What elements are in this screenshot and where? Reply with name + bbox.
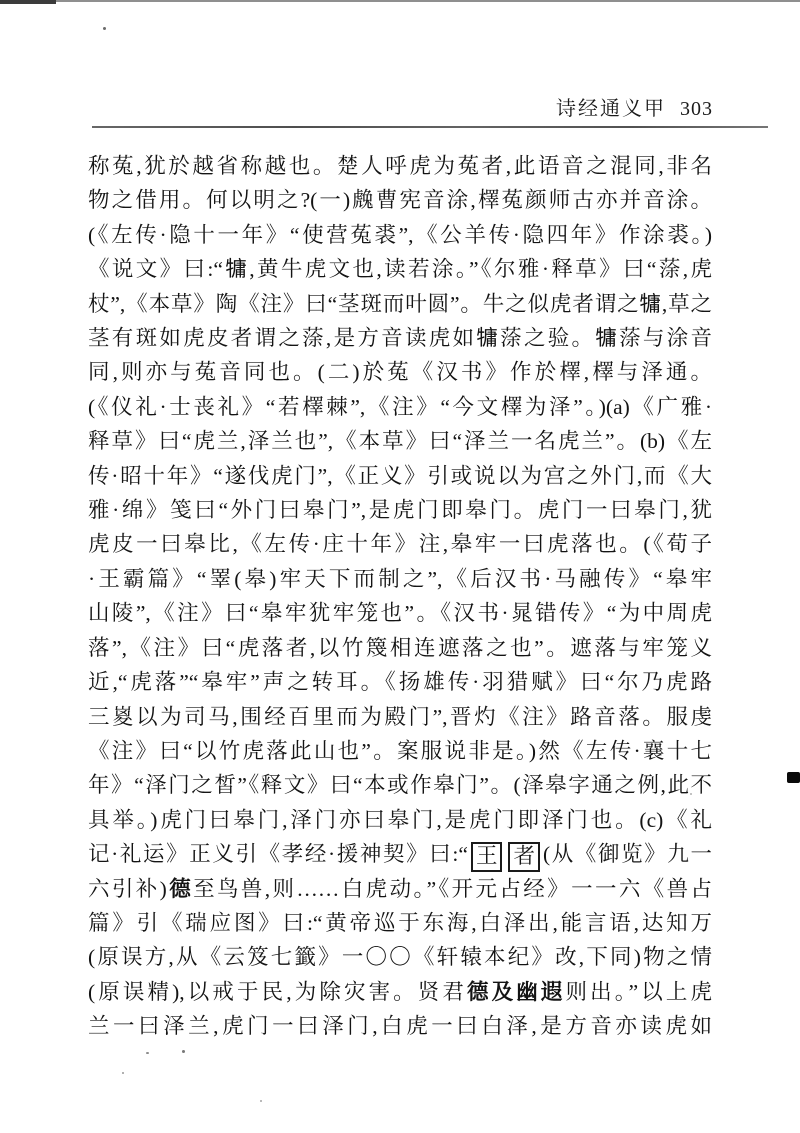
text-segment: 《说文》曰:“𤛑,黄牛虎文也,读若涂。”《尔雅·释草》曰“蒤,虎	[88, 257, 712, 281]
scan-artifact-ink-blob	[787, 772, 800, 783]
text-line: 年》“泽门之皙”《释文》曰“本或作皋门”。(泽皋字通之例,此不	[88, 768, 712, 802]
text-line: 篇》引《瑞应图》曰:“黄帝巡于东海,白泽出,能言语,达知万	[88, 906, 712, 940]
text-line: 兰一曰泽兰,虎门一曰泽门,白虎一曰白泽,是方音亦读虎如	[88, 1009, 712, 1043]
scan-speck	[103, 27, 106, 30]
text-segment: 德	[167, 877, 193, 901]
scanned-book-page: 诗经通义甲303 称菟,犹於越省称越也。楚人呼虎为菟者,此语音之混同,非名物之借…	[0, 0, 800, 1133]
text-line: 虎皮一曰皋比,《左传·庄十年》注,皋牢一曰虎落也。(《荀子	[88, 527, 712, 561]
text-line: 杖”,《本草》陶《注》曰“茎斑而叶圆”。牛之似虎者谓之𤛑,草之	[88, 287, 712, 321]
text-segment: 六引补)	[88, 877, 167, 901]
scan-speck	[182, 1050, 185, 1053]
scan-artifact-top-edge	[0, 0, 800, 2]
text-line: 近,“虎落”“皋牢”声之转耳。《扬雄传·羽猎赋》曰“尔乃虎路	[88, 665, 712, 699]
scan-speck	[122, 1072, 124, 1074]
text-line: 山陵”,《注》曰“皋牢犹牢笼也”。《汉书·晁错传》“为中周虎	[88, 596, 712, 630]
text-segment: 杖”,《本草》陶《注》曰“茎斑而叶圆”。牛之似虎者谓之𤛑,草之	[88, 292, 712, 316]
text-line: 释草》曰“虎兰,泽兰也”,《本草》曰“泽兰一名虎兰”。(b)《左	[88, 424, 712, 458]
text-line: (《仪礼·士丧礼》“若檡棘”,《注》“今文檡为泽”。)(a)《广雅·	[88, 390, 712, 424]
text-segment: ·王霸篇》“睪(皋)牢天下而制之”,《后汉书·马融传》“皋牢	[88, 567, 712, 591]
boxed-character: 者	[508, 842, 540, 871]
boxed-character: 王	[471, 842, 503, 871]
text-segment: 同,则亦与菟音同也。(二)於菟《汉书》作於檡,檡与泽通。	[88, 360, 712, 384]
text-segment: 传·昭十年》“遂伐虎门”,《正义》引或说以为宫之外门,而《大	[88, 464, 712, 488]
text-line: 茎有斑如虎皮者谓之蒤,是方音读虎如𤛑蒤之验。𤛑蒤与涂音	[88, 321, 712, 355]
body-text: 称菟,犹於越省称越也。楚人呼虎为菟者,此语音之混同,非名物之借用。何以明之?(一…	[88, 149, 712, 1044]
text-line: 三嵏以为司马,围经百里而为殿门”,晋灼《注》路音落。服虔	[88, 700, 712, 734]
text-line: 《注》曰“以竹虎落此山也”。案服说非是。)然《左传·襄十七	[88, 734, 712, 768]
scan-artifact-top-left-smudge	[0, 0, 56, 4]
text-line: 传·昭十年》“遂伐虎门”,《正义》引或说以为宫之外门,而《大	[88, 459, 712, 493]
text-segment: 雅·绵》笺曰“外门曰皋门”,是虎门即皋门。虎门一曰皋门,犹	[88, 498, 712, 522]
text-line: 《说文》曰:“𤛑,黄牛虎文也,读若涂。”《尔雅·释草》曰“蒤,虎	[88, 252, 712, 286]
text-segment: 具举。)虎门曰皋门,泽门亦曰皋门,是虎门即泽门也。(c)《礼	[88, 808, 712, 832]
scan-speck	[146, 1052, 149, 1054]
text-segment: (《仪礼·士丧礼》“若檡棘”,《注》“今文檡为泽”。)(a)《广雅·	[88, 395, 712, 419]
text-segment: 茎有斑如虎皮者谓之蒤,是方音读虎如𤛑蒤之验。𤛑蒤与涂音	[88, 326, 712, 350]
text-line: 具举。)虎门曰皋门,泽门亦曰皋门,是虎门即泽门也。(c)《礼	[88, 803, 712, 837]
text-segment: 记·礼运》正义引《孝经·援神契》曰:“	[88, 842, 468, 866]
text-line: 落”,《注》曰“虎落者,以竹篾相连遮落之也”。遮落与牢笼义	[88, 631, 712, 665]
header-rule	[92, 126, 768, 128]
text-segment: 则出。”以上虎	[566, 980, 713, 1004]
text-line: (原误方,从《云笈七籤》一〇〇《轩辕本纪》改,下同)物之情	[88, 940, 712, 974]
text-segment: 三嵏以为司马,围经百里而为殿门”,晋灼《注》路音落。服虔	[88, 705, 712, 729]
book-title: 诗经通义甲	[556, 98, 666, 120]
text-line: 六引补)德至鸟兽,则……白虎动。”《开元占经》一一六《兽占	[88, 872, 712, 906]
text-segment: 山陵”,《注》曰“皋牢犹牢笼也”。《汉书·晁错传》“为中周虎	[88, 601, 712, 625]
text-line: 雅·绵》笺曰“外门曰皋门”,是虎门即皋门。虎门一曰皋门,犹	[88, 493, 712, 527]
text-line: ·王霸篇》“睪(皋)牢天下而制之”,《后汉书·马融传》“皋牢	[88, 562, 712, 596]
text-segment: 称菟,犹於越省称越也。楚人呼虎为菟者,此语音之混同,非名	[88, 154, 712, 178]
text-line: (原误精),以戒于民,为除灾害。贤君德及幽遐则出。”以上虎	[88, 975, 712, 1009]
text-segment: 《注》曰“以竹虎落此山也”。案服说非是。)然《左传·襄十七	[88, 739, 712, 763]
text-segment: (原误方,从《云笈七籤》一〇〇《轩辕本纪》改,下同)物之情	[88, 945, 712, 969]
text-segment: 德及幽遐	[467, 980, 565, 1004]
text-line: 称菟,犹於越省称越也。楚人呼虎为菟者,此语音之混同,非名	[88, 149, 712, 183]
scan-speck	[260, 1100, 262, 1102]
text-segment: 虎皮一曰皋比,《左传·庄十年》注,皋牢一曰虎落也。(《荀子	[88, 532, 712, 556]
text-segment: 物之借用。何以明之?(一)䖘曹宪音涂,檡菟颜师古亦并音涂。	[88, 188, 712, 212]
text-line: 同,则亦与菟音同也。(二)於菟《汉书》作於檡,檡与泽通。	[88, 355, 712, 389]
text-line: 物之借用。何以明之?(一)䖘曹宪音涂,檡菟颜师古亦并音涂。	[88, 183, 712, 217]
text-segment: 篇》引《瑞应图》曰:“黄帝巡于东海,白泽出,能言语,达知万	[88, 911, 712, 935]
text-segment: 近,“虎落”“皋牢”声之转耳。《扬雄传·羽猎赋》曰“尔乃虎路	[88, 670, 712, 694]
text-segment: 年》“泽门之皙”《释文》曰“本或作皋门”。(泽皋字通之例,此不	[88, 773, 712, 797]
running-header: 诗经通义甲303	[556, 92, 713, 121]
text-segment: 兰一曰泽兰,虎门一曰泽门,白虎一曰白泽,是方音亦读虎如	[88, 1014, 712, 1038]
text-segment: 释草》曰“虎兰,泽兰也”,《本草》曰“泽兰一名虎兰”。(b)《左	[88, 429, 712, 453]
text-segment: 落”,《注》曰“虎落者,以竹篾相连遮落之也”。遮落与牢笼义	[88, 636, 712, 660]
page-number: 303	[680, 98, 713, 120]
text-line: (《左传·隐十一年》“使营菟裘”,《公羊传·隐四年》作涂裘。)	[88, 218, 712, 252]
text-segment: (从《御览》九一	[543, 842, 712, 866]
text-segment: (《左传·隐十一年》“使营菟裘”,《公羊传·隐四年》作涂裘。)	[88, 223, 712, 247]
text-segment: (原误精),以戒于民,为除灾害。贤君	[88, 980, 467, 1004]
text-line: 记·礼运》正义引《孝经·援神契》曰:“王者(从《御览》九一	[88, 837, 712, 871]
text-segment: 至鸟兽,则……白虎动。”《开元占经》一一六《兽占	[193, 877, 712, 901]
